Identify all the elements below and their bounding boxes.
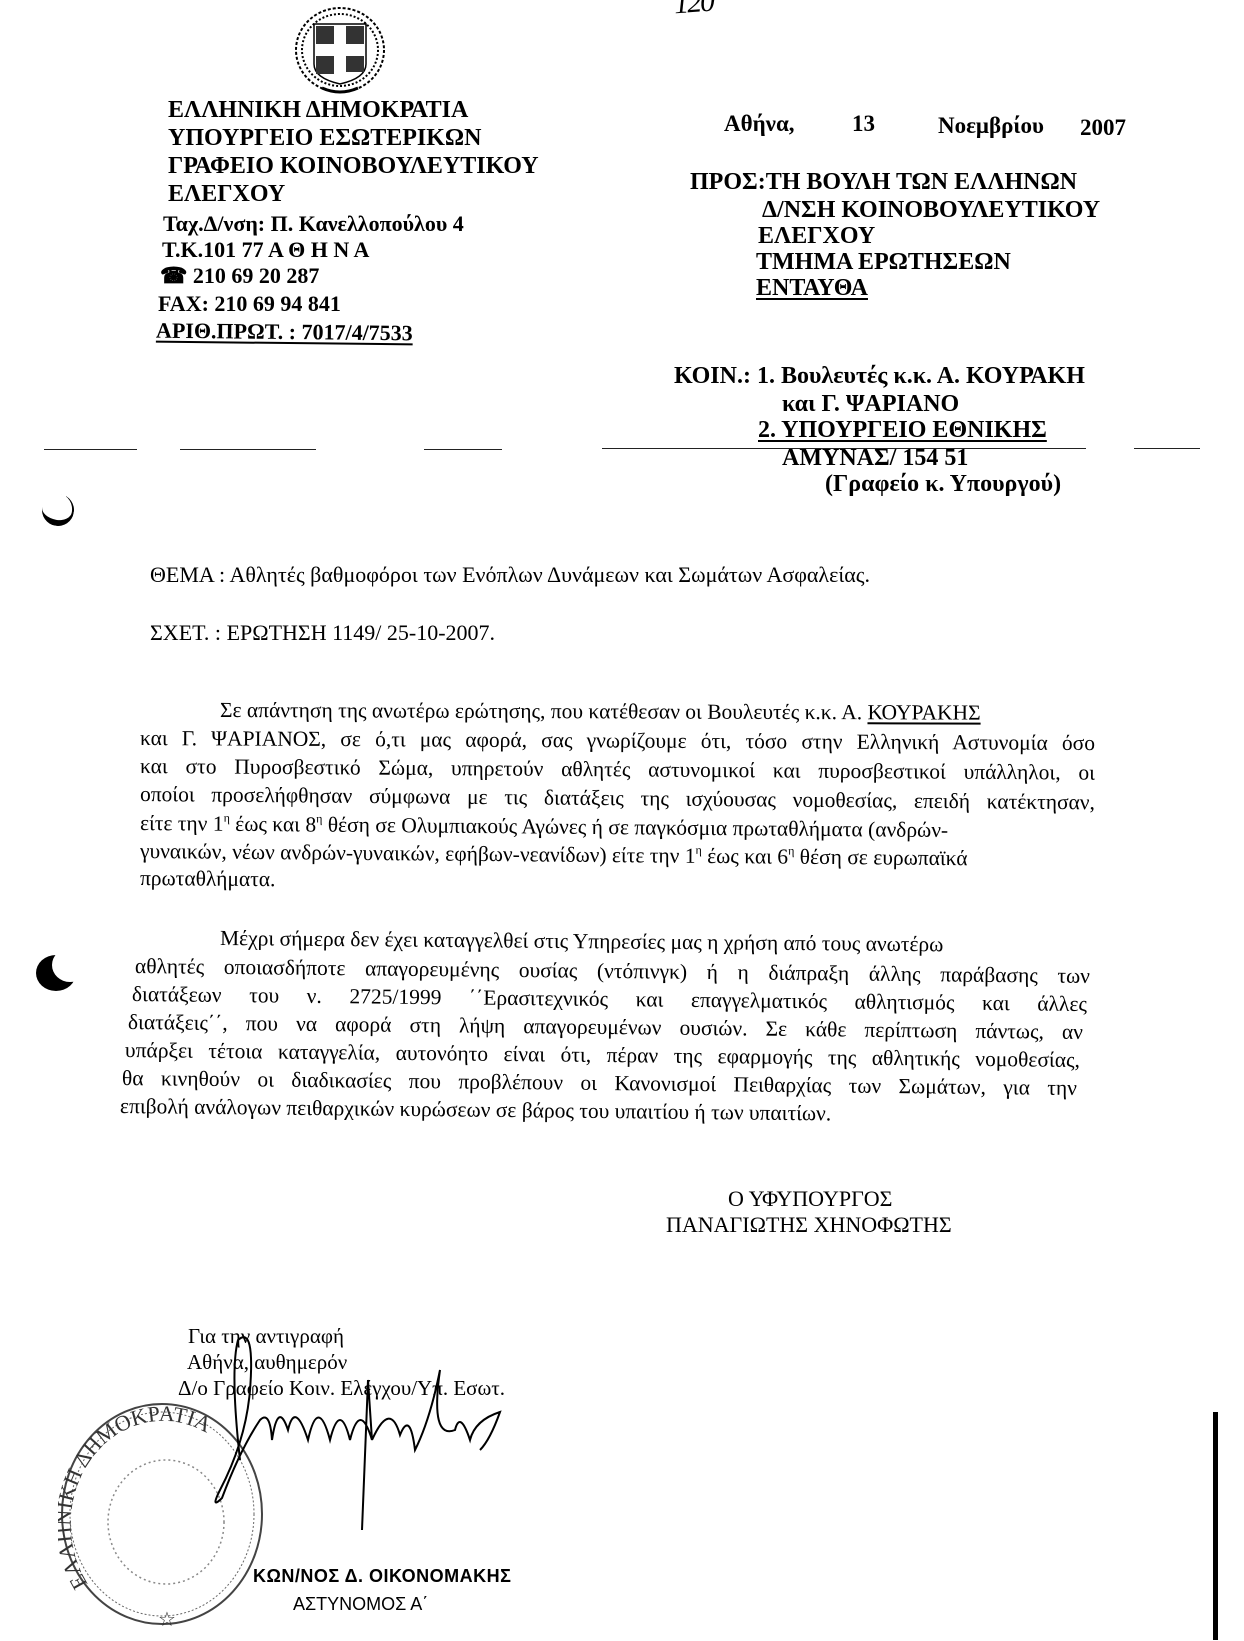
subject-label: ΘΕΜΑ :: [150, 562, 225, 587]
sender-phone: ☎ 210 69 20 287: [160, 262, 319, 290]
telephone-icon: ☎: [160, 263, 187, 288]
paragraph-1-line: Σε απάντηση της ανωτέρω ερώτησης, που κα…: [220, 698, 1095, 726]
date-city: Αθήνα,: [724, 110, 795, 138]
handwritten-signature: [200, 1330, 530, 1530]
greek-coat-of-arms-emblem: [292, 4, 388, 96]
seal-star-icon: ☆: [158, 1607, 176, 1631]
signatory-name: ΠΑΝΑΓΙΩΤΗΣ ΧΗΝΟΦΩΤΗΣ: [666, 1212, 952, 1238]
date-year: 2007: [1080, 114, 1126, 142]
paragraph-1-line: και στο Πυροσβεστικό Σώμα, υπηρετούν αθλ…: [140, 754, 1095, 786]
subject-text: Αθλητές βαθμοφόροι των Ενόπλων Δυνάμεων …: [229, 562, 870, 587]
officer-rank: ΑΣΤΥΝΟΜΟΣ Α΄: [293, 1594, 428, 1615]
divider-line: [602, 448, 1086, 449]
divider-line: [424, 449, 502, 450]
recipient-line: Δ/ΝΣΗ ΚΟΙΝΟΒΟΥΛΕΥΤΙΚΟΥ: [762, 196, 1100, 224]
cc-item-name: Α. ΚΟΥΡΑΚΗ: [937, 363, 1085, 389]
sender-line: ΕΛΛΗΝΙΚΗ ΔΗΜΟΚΡΑΤΙΑ: [168, 96, 468, 124]
text-run: θέση σε ευρωπαϊκά: [794, 845, 967, 871]
divider-line: [44, 449, 137, 450]
text-run: γυναικών, νέων ανδρών-γυναικών, εφήβων-ν…: [140, 839, 680, 868]
protocol-number: ΑΡΙΘ.ΠΡΩΤ. : 7017/4/7533: [156, 317, 413, 348]
text-run: Σε απάντηση της ανωτέρω ερώτησης, που κα…: [220, 698, 862, 724]
cc-item-number: 1.: [757, 363, 775, 389]
sender-line: ΕΛΕΓΧΟΥ: [168, 180, 285, 208]
recipient-line: ΕΛΕΓΧΟΥ: [758, 222, 875, 250]
cc-item-prefix: Βουλευτές κ.κ.: [781, 363, 932, 389]
phone-number: 210 69 20 287: [193, 263, 320, 288]
sender-line: ΥΠΟΥΡΓΕΙΟ ΕΣΩΤΕΡΙΚΩΝ: [168, 124, 481, 152]
officer-name: ΚΩΝ/ΝΟΣ Δ. ΟΙΚΟΝΟΜΑΚΗΣ: [253, 1566, 511, 1587]
cc-line-5: (Γραφείο κ. Υπουργού): [825, 470, 1061, 498]
underlined-name: ΚΟΥΡΑΚΗΣ: [867, 700, 980, 724]
sender-postal: Τ.Κ.101 77 Α Θ Η Ν Α: [162, 236, 369, 264]
recipient-name: ΤΗ ΒΟΥΛΗ ΤΩΝ ΕΛΛΗΝΩΝ: [766, 169, 1077, 195]
paragraph-2-line: Μέχρι σήμερα δεν έχει καταγγελθεί στις Υ…: [220, 926, 1095, 959]
date-day: 13: [852, 110, 875, 138]
reference-label: ΣΧΕΤ. :: [150, 620, 221, 645]
scan-edge-bar: [1213, 1412, 1218, 1640]
text-run: έως και 6: [702, 844, 788, 869]
reference-text: ΕΡΩΤΗΣΗ 1149/ 25-10-2007.: [227, 620, 496, 645]
recipient-label: ΠΡΟΣ:: [690, 169, 766, 195]
text-run: θέση σε Ολυμπιακούς Αγώνες ή σε παγκόσμι…: [322, 813, 948, 842]
paragraph-1-line: και Γ. ΨΑΡΙΑΝΟΣ, σε ό,τι μας αφορά, σας …: [140, 726, 1095, 756]
cc-line-3: 2. ΥΠΟΥΡΓΕΙΟ ΕΘΝΙΚΗΣ: [758, 416, 1047, 444]
text-run: έως και 8: [230, 812, 316, 837]
sender-fax: FAX: 210 69 94 841: [158, 290, 341, 318]
punch-hole-mark-mask: [52, 948, 88, 982]
subject-line: ΘΕΜΑ : Αθλητές βαθμοφόροι των Ενόπλων Δυ…: [150, 560, 870, 590]
handwritten-page-number: 120: [673, 0, 714, 21]
date-month: Νοεμβρίου: [938, 112, 1044, 140]
signatory-title: Ο ΥΦΥΠΟΥΡΓΟΣ: [728, 1186, 892, 1212]
cc-label: ΚΟΙΝ.:: [674, 363, 751, 389]
cc-line-1: ΚΟΙΝ.: 1. Βουλευτές κ.κ. Α. ΚΟΥΡΑΚΗ: [674, 362, 1085, 390]
cc-line-2: και Γ. ΨΑΡΙΑΝΟ: [782, 390, 959, 418]
divider-line: [1134, 448, 1200, 449]
punch-hole-mark: [39, 491, 76, 528]
reference-line: ΣΧΕΤ. : ΕΡΩΤΗΣΗ 1149/ 25-10-2007.: [150, 618, 495, 648]
divider-line: [180, 449, 316, 450]
recipient-line: ΤΜΗΜΑ ΕΡΩΤΗΣΕΩΝ: [756, 248, 1011, 276]
recipient-line: ΕΝΤΑΥΘΑ: [756, 274, 868, 302]
sender-address: Ταχ.Δ/νση: Π. Κανελλοπούλου 4: [163, 210, 464, 238]
sender-line: ΓΡΑΦΕΙΟ ΚΟΙΝΟΒΟΥΛΕΥΤΙΚΟΥ: [168, 152, 539, 180]
text-run: είτε την 1: [140, 811, 224, 836]
seal-outer-text: ΕΛΛΗΝΙΚΗ ΔΗΜΟΚΡΑΤΙΑ: [58, 1401, 216, 1594]
text-run: 1: [679, 844, 695, 868]
recipient-line-1: ΠΡΟΣ:ΤΗ ΒΟΥΛΗ ΤΩΝ ΕΛΛΗΝΩΝ: [690, 168, 1077, 196]
